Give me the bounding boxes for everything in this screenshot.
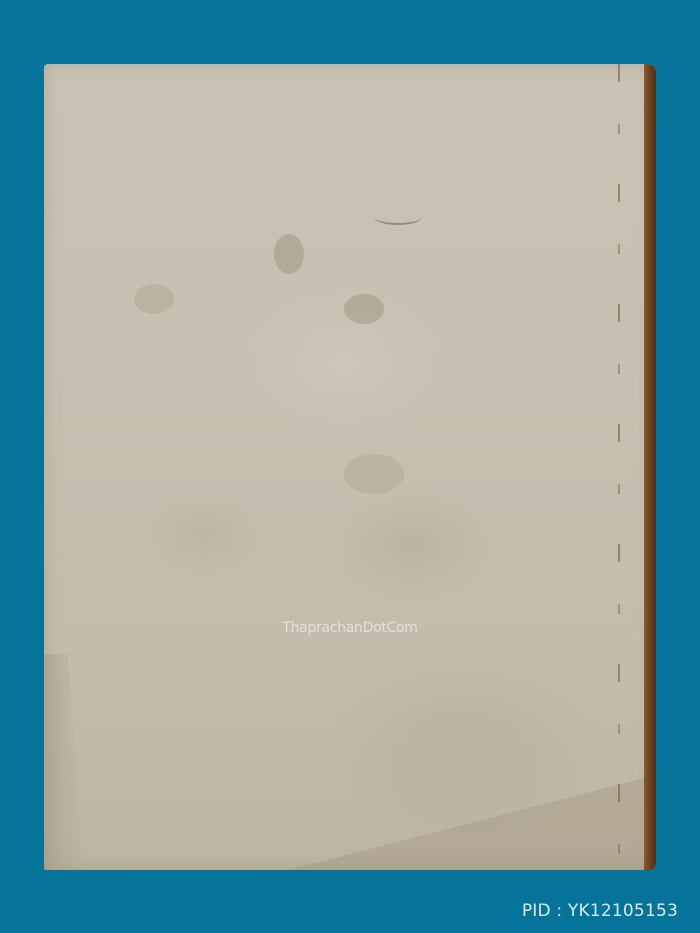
stain — [344, 454, 404, 494]
stain — [274, 234, 304, 274]
stain — [134, 284, 174, 314]
bottom-worn-area — [44, 775, 656, 870]
product-id-label: PID : YK12105153 — [522, 901, 678, 921]
spine-crease — [618, 64, 620, 870]
book-spine-edge — [644, 64, 656, 870]
watermark: ThaprachanDotCom — [44, 620, 656, 636]
stain — [344, 294, 384, 324]
crease-mark — [374, 209, 422, 225]
left-fold-shadow — [44, 654, 84, 870]
book-back-cover: ThaprachanDotCom — [44, 64, 656, 870]
